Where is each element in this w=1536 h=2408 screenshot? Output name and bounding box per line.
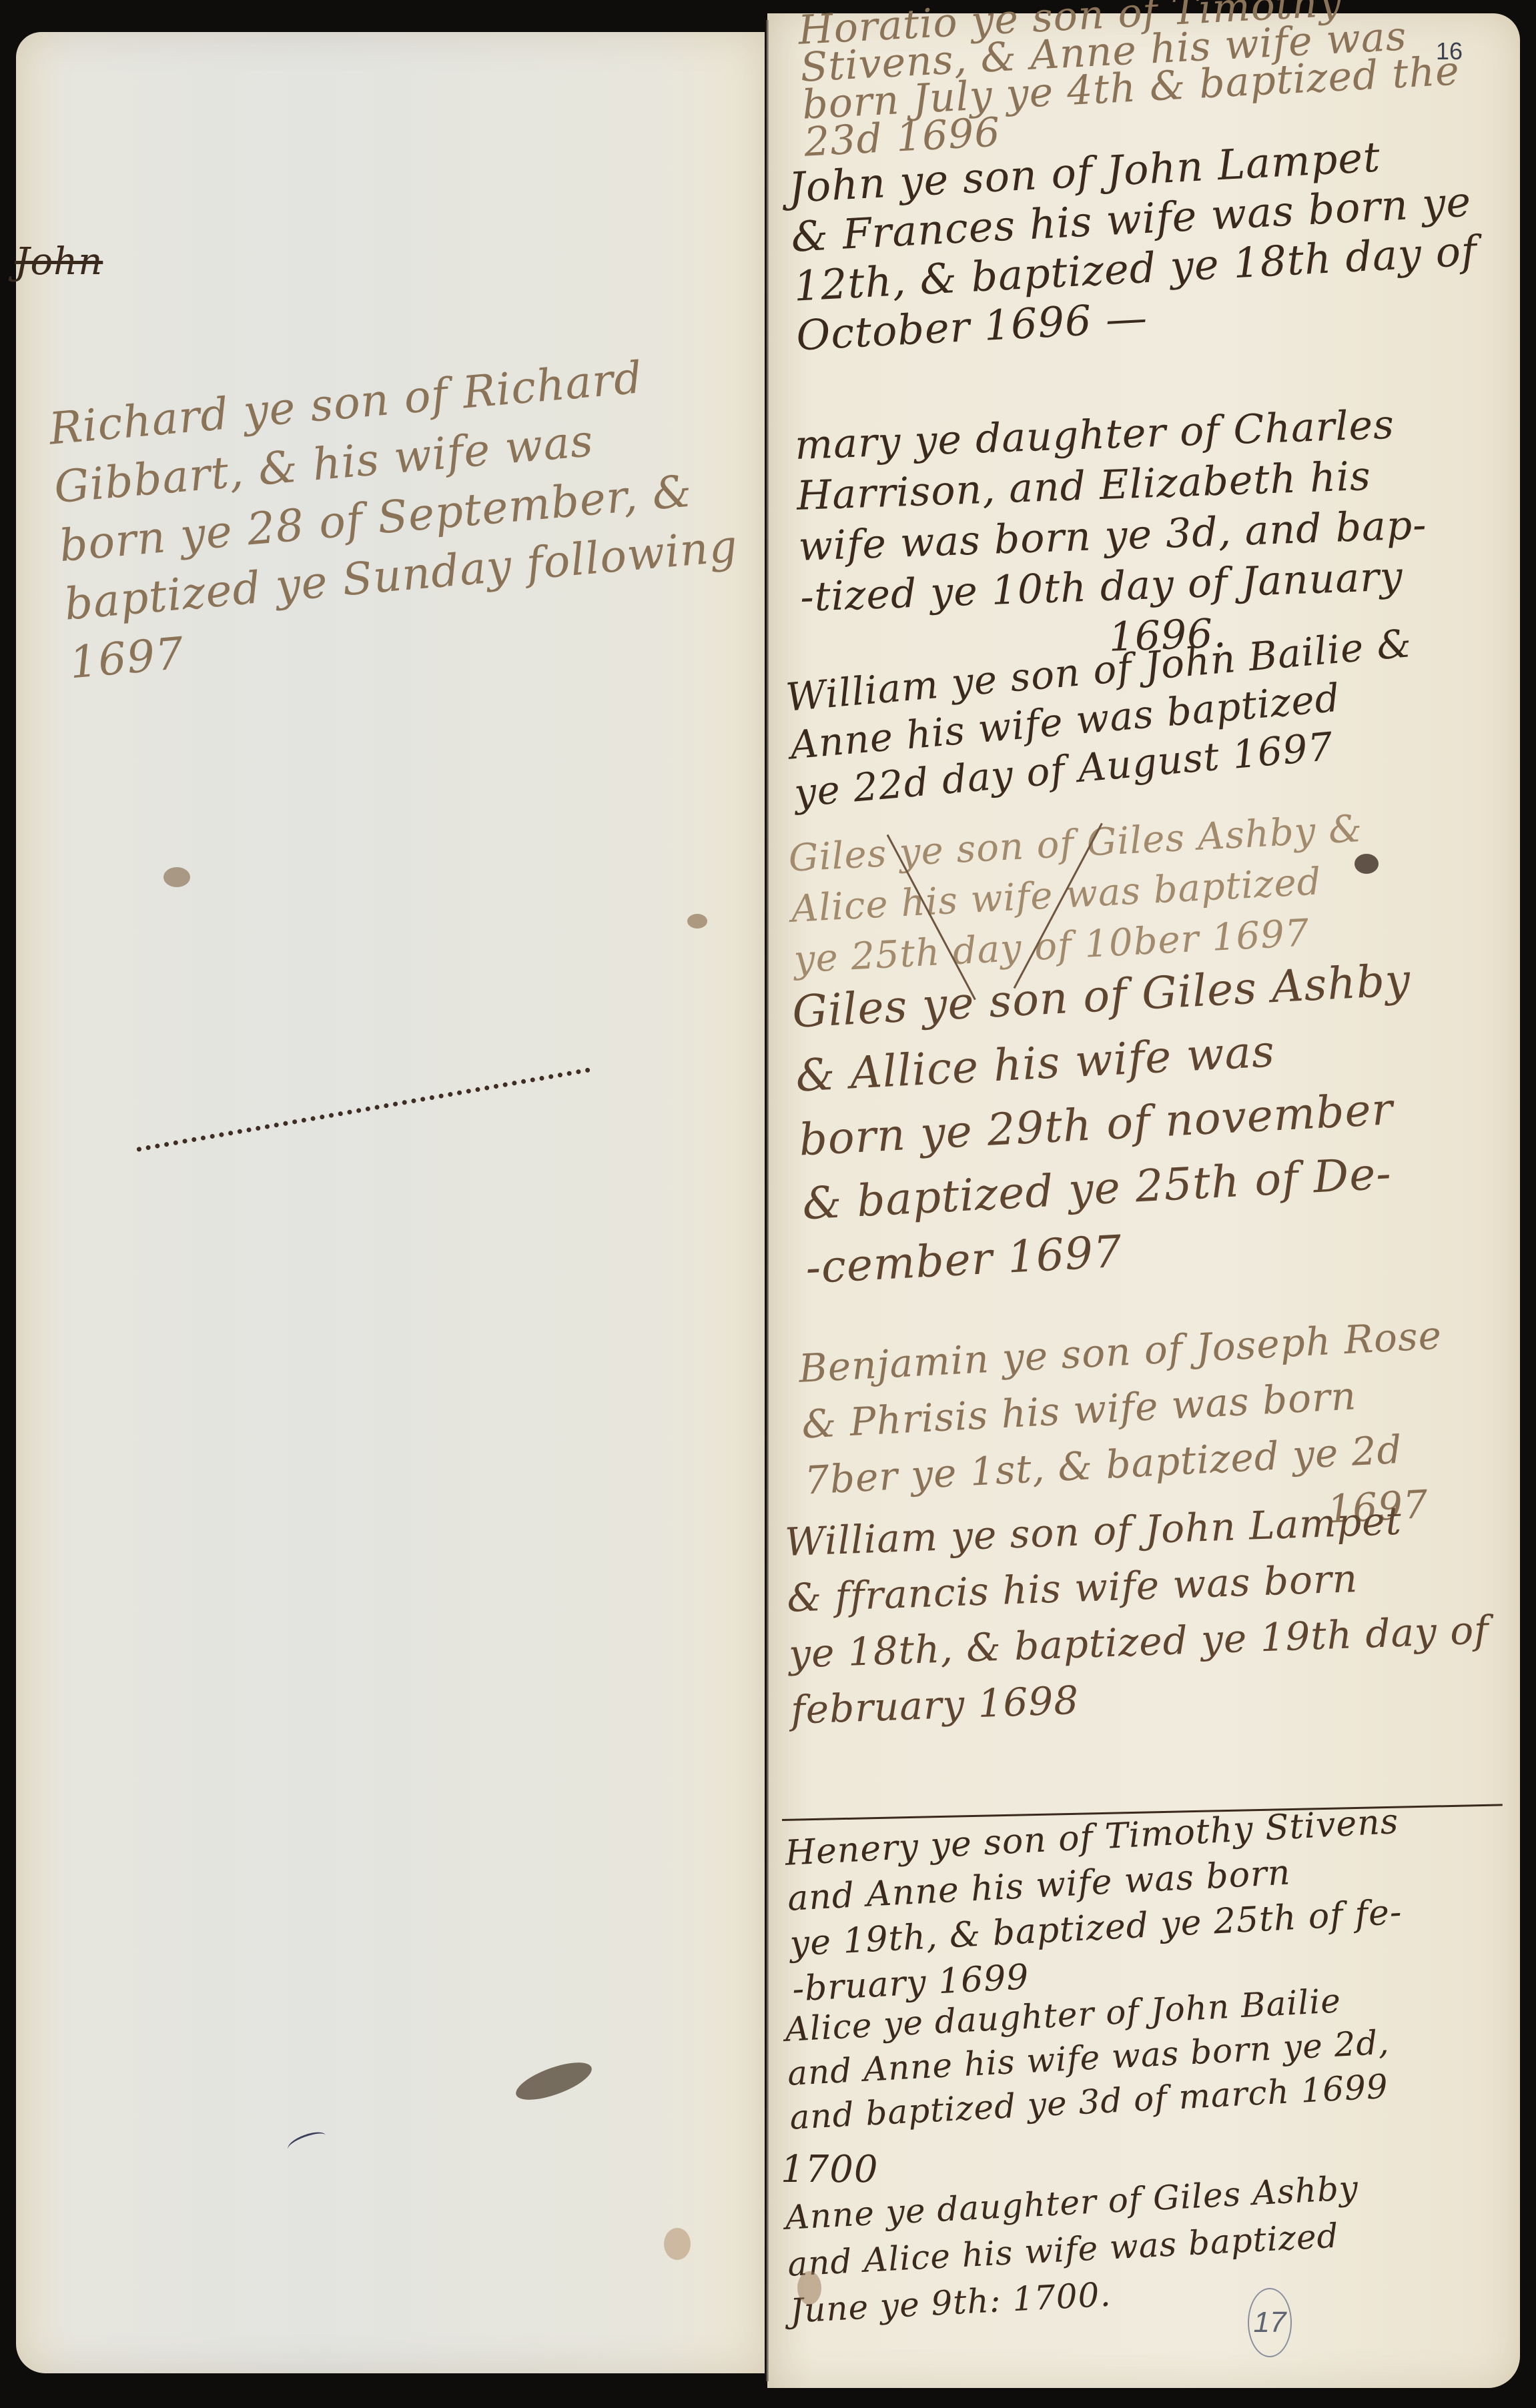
struck-word-text: John [15,240,103,283]
entry-john-lampet: John ye son of John Lampet & Frances his… [787,127,1481,360]
water-stain [797,2271,821,2305]
ink-stain [163,867,190,887]
ink-blot [1355,854,1379,874]
entry-giles-ashby: Giles ye son of Giles Ashby & Allice his… [791,948,1426,1300]
ink-stain [687,914,707,929]
struck-word: John [15,240,103,283]
manuscript-spread: John Richard ye son of Richard Gibbart, … [0,0,1536,2408]
book-gutter [766,20,769,2381]
folio-stamp: 17 [1248,2288,1292,2357]
water-stain [664,2228,691,2260]
entry-william-lampet: William ye son of John Lampet & ffrancis… [784,1489,1492,1738]
left-entry-richard-gibbart: Richard ye son of Richard Gibbart, & his… [47,342,745,693]
year-heading: 1700 [781,2148,879,2191]
